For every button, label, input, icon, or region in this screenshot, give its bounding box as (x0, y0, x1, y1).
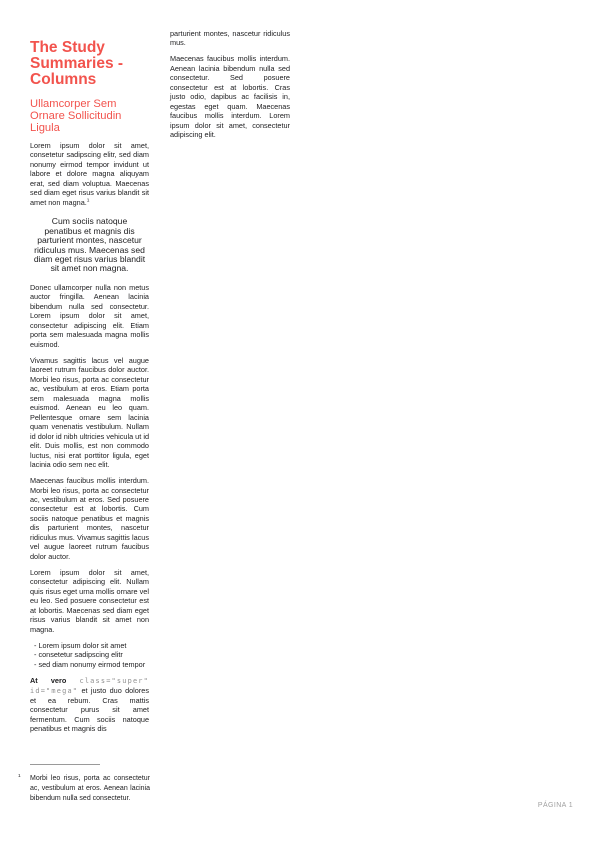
footnote-rule (30, 764, 100, 765)
paragraph-lorem-list-intro: Lorem ipsum dolor sit amet, consectetur … (30, 568, 149, 634)
paragraph-maecenas: Maecenas faucibus mollis interdum. Morbi… (30, 476, 149, 561)
left-column: The Study Summaries - Columns Ullamcorpe… (30, 29, 149, 740)
footnote-area: 1Morbi leo risus, porta ac consectetur a… (30, 764, 150, 803)
list-item: - sed diam nonumy eirmod tempor (34, 660, 149, 669)
list-item: - consetetur sadipscing elitr (34, 650, 149, 659)
footnote-reference: 1 (87, 198, 90, 203)
inline-code-id: id="mega" (30, 687, 78, 695)
paragraph-at-vero: At vero class="super" id="mega" et justo… (30, 676, 149, 734)
at-vero-lead: At vero (30, 676, 79, 685)
inline-code-class: class="super" (79, 677, 149, 685)
document-page: The Study Summaries - Columns Ullamcorpe… (0, 0, 600, 848)
list-item: - Lorem ipsum dolor sit amet (34, 641, 149, 650)
paragraph-parturient-continuation: parturient montes, nascetur ridiculus mu… (170, 29, 290, 48)
paragraph-lorem-intro-text: Lorem ipsum dolor sit amet, consetetur s… (30, 141, 149, 207)
page-number-label: PÁGINA 1 (538, 802, 573, 809)
page-subtitle: Ullamcorper Sem Ornare Sollicitudin Ligu… (30, 98, 149, 134)
footnote-text-block: 1Morbi leo risus, porta ac consectetur a… (30, 774, 150, 803)
page-title: The Study Summaries - Columns (30, 40, 149, 88)
paragraph-vivamus: Vivamus sagittis lacus vel augue laoreet… (30, 356, 149, 470)
centered-quote-block: Cum sociis natoque penatibus et magnis d… (32, 217, 147, 273)
footnote-marker: 1 (18, 774, 21, 779)
paragraph-donec: Donec ullamcorper nulla non metus auctor… (30, 283, 149, 349)
paragraph-lorem-intro: Lorem ipsum dolor sit amet, consetetur s… (30, 141, 149, 207)
right-column: parturient montes, nascetur ridiculus mu… (170, 29, 290, 146)
footnote-text: Morbi leo risus, porta ac consectetur ac… (30, 775, 150, 802)
dash-list: - Lorem ipsum dolor sit amet - consetetu… (34, 641, 149, 669)
paragraph-maecenas-final: Maecenas faucibus mollis interdum. Aenea… (170, 54, 290, 139)
